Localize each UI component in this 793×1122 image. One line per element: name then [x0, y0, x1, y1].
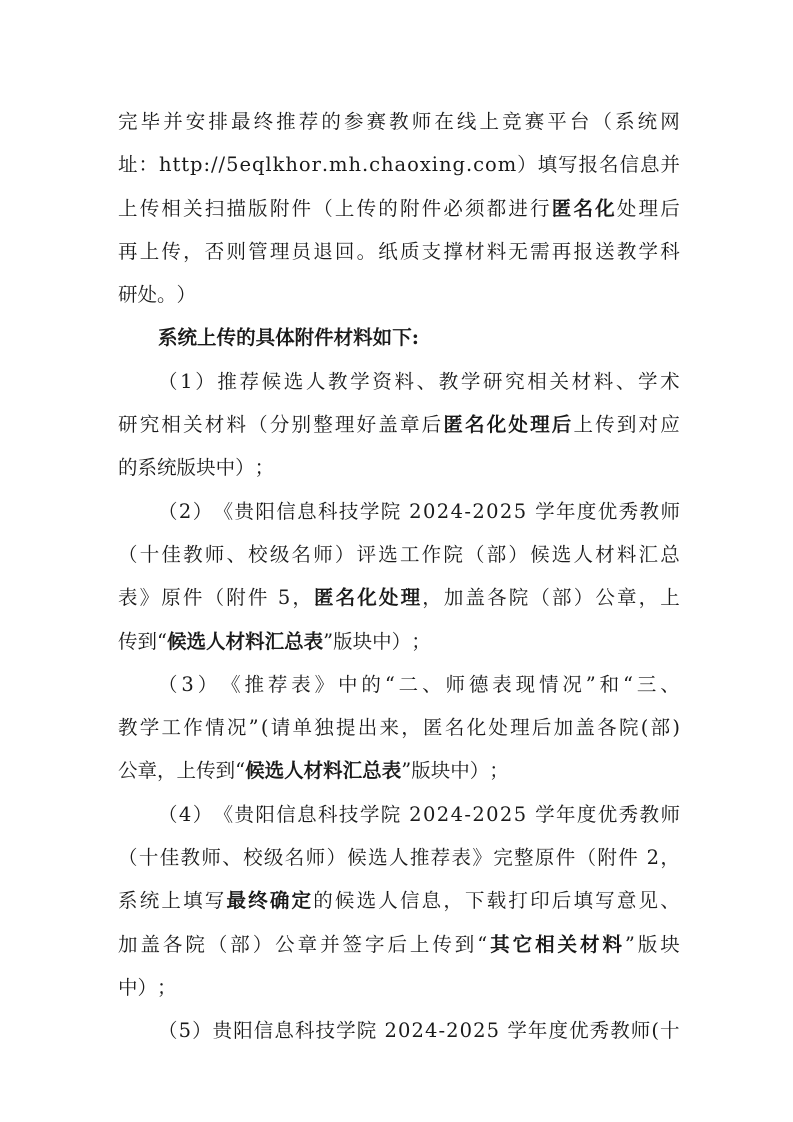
char: ，: [157, 749, 177, 792]
text-line: 公章，上传到“候选人材料汇总表”版块中）；: [118, 749, 680, 792]
bold-char: 汇: [343, 749, 363, 792]
char: 附: [597, 836, 617, 879]
bold-char: 匿: [443, 403, 463, 446]
char: 年: [556, 793, 576, 836]
char: ；: [157, 966, 177, 1009]
char: 选: [378, 533, 398, 576]
bold-char: 候: [245, 749, 265, 792]
char: 《: [214, 793, 234, 836]
char: 后: [552, 879, 572, 922]
char: 传: [140, 187, 160, 230]
document-page: 完毕并安排最终推荐的参赛教师在线上竞赛平台（系统网址：http://5eqlkh…: [118, 100, 680, 1053]
char: 加: [118, 923, 138, 966]
char: 0: [460, 1009, 472, 1052]
bold-char: 处: [379, 576, 399, 619]
char: 材: [465, 230, 485, 273]
char: 再: [118, 230, 138, 273]
bold-char: 名: [573, 187, 593, 230]
bold-char: 系: [158, 316, 178, 359]
char: ）: [177, 273, 197, 316]
char: 德: [469, 663, 489, 706]
char: 退: [313, 230, 333, 273]
char: （: [205, 576, 225, 619]
char: 信: [276, 793, 296, 836]
char: 提: [336, 706, 356, 749]
bold-char: 附: [295, 316, 315, 359]
char: 必: [443, 187, 463, 230]
char: 后: [422, 403, 442, 446]
char: 件: [292, 187, 312, 230]
char: 评: [357, 533, 377, 576]
text-line: （2）《贵阳信息科技学院 2024-2025 学年度优秀教师: [118, 490, 680, 533]
char: 优: [569, 1009, 589, 1052]
char: 版: [177, 446, 197, 489]
char: 学: [638, 360, 658, 403]
char: （: [158, 793, 178, 836]
char: 2: [472, 490, 484, 533]
char: 学: [140, 706, 160, 749]
char: 料: [594, 360, 614, 403]
char: 公: [595, 576, 615, 619]
char: 《: [221, 663, 241, 706]
line-content: （十佳教师、校级名师）评选工作院（部）候选人材料汇总: [118, 533, 680, 576]
char: 到: [617, 403, 637, 446]
char: 师: [306, 836, 326, 879]
char: 师: [412, 100, 432, 143]
char: 的: [361, 663, 381, 706]
char: 信: [400, 879, 420, 922]
bold-char: 具: [256, 316, 276, 359]
line-content: 教学工作情况”(请单独提出来，匿名化处理后加盖各院(部): [118, 706, 680, 749]
text-line: 上传相关扫描版附件（上传的附件必须都进行匿名化处理后: [118, 187, 680, 230]
char: （: [158, 1009, 178, 1052]
char: 学: [535, 793, 555, 836]
char: 章: [298, 923, 318, 966]
char: 化: [467, 706, 487, 749]
char: 中: [216, 446, 236, 489]
char: -: [464, 793, 471, 836]
char: （: [313, 187, 333, 230]
text-line: 的系统版块中）；: [118, 446, 680, 489]
char: 科: [318, 490, 338, 533]
char: 部: [651, 706, 671, 749]
bold-char: 料: [323, 749, 343, 792]
char: o: [299, 143, 311, 186]
char: 统: [638, 100, 658, 143]
bold-char: 如: [373, 316, 393, 359]
char: 到: [138, 620, 158, 663]
char: 2: [472, 793, 484, 836]
char: 技: [316, 1009, 336, 1052]
char: 2: [437, 490, 449, 533]
char: 别: [292, 403, 312, 446]
char: 出: [358, 706, 378, 749]
char: /: [219, 143, 226, 186]
char: 的: [118, 446, 138, 489]
bold-char: 的: [236, 316, 256, 359]
char: 技: [339, 793, 359, 836]
line-content: 系统上传的具体附件材料如下:: [158, 316, 680, 359]
char: 候: [530, 533, 550, 576]
char: 完: [118, 100, 138, 143]
char: 版: [248, 187, 268, 230]
char: [402, 793, 408, 836]
text-line: 系统上传的具体附件材料如下:: [118, 316, 680, 359]
char: 作: [422, 533, 442, 576]
char: 工: [400, 533, 420, 576]
char: 盖: [575, 706, 595, 749]
bold-char: 材: [226, 620, 246, 663]
char: 推: [244, 663, 264, 706]
text-line: （3）《推荐表》中的“二、师德表现情况”和“三、: [118, 663, 680, 706]
char: 选: [284, 360, 304, 403]
char: 度: [577, 490, 597, 533]
bold-char: 统: [178, 316, 198, 359]
char: 信: [254, 1009, 274, 1052]
char: 究: [140, 403, 160, 446]
char: 件: [422, 187, 442, 230]
char: 院: [619, 706, 639, 749]
char: o: [485, 143, 497, 186]
bold-char: 理: [530, 403, 550, 446]
text-line: 址：http://5eqlkhor.mh.chaoxing.com）填写报名信息…: [118, 143, 680, 186]
char: 纸: [378, 230, 398, 273]
char: 2: [412, 1009, 424, 1052]
char: 理: [335, 403, 355, 446]
char: 赛: [367, 100, 387, 143]
char: 件: [248, 576, 268, 619]
char: 候: [335, 879, 355, 922]
char: 签: [343, 923, 363, 966]
text-line: 表》原件（附件 5，匿名化处理，加盖各院（部）公章，上: [118, 576, 680, 619]
char: 5: [487, 1009, 499, 1052]
char: 并: [320, 923, 340, 966]
char: 附: [226, 576, 246, 619]
char: ）: [195, 360, 215, 403]
char: 公: [275, 923, 295, 966]
char: 终: [254, 100, 274, 143]
char: 5: [278, 576, 290, 619]
char: .: [322, 143, 328, 186]
char: ；: [489, 749, 509, 792]
char: 报: [579, 143, 599, 186]
char: 、: [660, 879, 680, 922]
text-line: 加盖各院（部）公章并签字后上传到“其它相关材料”版块: [118, 923, 680, 966]
char: (: [641, 706, 649, 749]
char: 材: [205, 403, 225, 446]
char: 教: [328, 360, 348, 403]
char: 候: [262, 360, 282, 403]
char: 、: [222, 836, 242, 879]
char: 印: [530, 879, 550, 922]
line-content: 再上传，否则管理员退回。纸质支撑材料无需再报送教学科: [118, 230, 680, 273]
char: 贵: [234, 490, 254, 533]
char: （: [248, 403, 268, 446]
char: t: [181, 143, 189, 186]
char: 原: [535, 836, 555, 879]
char: 名: [285, 836, 305, 879]
char: 都: [487, 187, 507, 230]
char: 院: [443, 533, 463, 576]
char: 推: [276, 100, 296, 143]
char: 到: [216, 749, 236, 792]
char: 处: [617, 187, 637, 230]
char: 佳: [160, 836, 180, 879]
char: ）: [326, 836, 346, 879]
char: 人: [573, 533, 593, 576]
char: ）: [335, 533, 355, 576]
char: 现: [516, 663, 536, 706]
char: 息: [640, 143, 660, 186]
char: 到: [455, 923, 475, 966]
char: 贵: [213, 1009, 233, 1052]
char: 学: [507, 1009, 527, 1052]
bold-char: 材: [580, 923, 600, 966]
char: 荐: [431, 836, 451, 879]
char: 信: [619, 143, 639, 186]
char: 盖: [465, 576, 485, 619]
char: 章: [138, 749, 158, 792]
char: ；: [255, 446, 275, 489]
char: 中: [450, 749, 470, 792]
char: 传: [432, 923, 452, 966]
char: 作: [183, 706, 203, 749]
char: 》: [315, 663, 335, 706]
char: 块: [353, 620, 373, 663]
char: 学: [350, 360, 370, 403]
char: 完: [493, 836, 513, 879]
line-content: （2）《贵阳信息科技学院 2024-2025 学年度优秀教师: [158, 490, 680, 533]
char: 关: [183, 187, 203, 230]
char: 传: [196, 749, 216, 792]
char: 来: [380, 706, 400, 749]
char: (: [261, 706, 269, 749]
char: 教: [181, 836, 201, 879]
char: 回: [335, 230, 355, 273]
char: 整: [313, 403, 333, 446]
char: 统: [157, 446, 177, 489]
char: 并: [660, 143, 680, 186]
char: 贵: [234, 793, 254, 836]
char: r: [312, 143, 321, 186]
char: 究: [505, 360, 525, 403]
bold-char: 相: [535, 923, 555, 966]
bold-char: 下: [392, 316, 412, 359]
char: 块: [660, 923, 680, 966]
bold-char: 匿: [552, 187, 572, 230]
char: .: [466, 143, 472, 186]
char: 、: [422, 663, 442, 706]
char: 教: [617, 230, 637, 273]
char: 各: [163, 923, 183, 966]
char: 度: [548, 1009, 568, 1052]
char: ）: [574, 576, 594, 619]
char: m: [498, 143, 517, 186]
char: 工: [162, 706, 182, 749]
char: 2: [385, 1009, 397, 1052]
char: ）: [193, 793, 213, 836]
char: 2: [437, 793, 449, 836]
char: 师: [660, 490, 680, 533]
char: 安: [186, 100, 206, 143]
bold-char: 总: [284, 620, 304, 663]
char: 教: [640, 490, 660, 533]
char: 写: [595, 879, 615, 922]
char: 填: [573, 879, 593, 922]
char: 息: [297, 490, 317, 533]
text-line: 研究相关材料（分别整理好盖章后匿名化处理后上传到对应: [118, 403, 680, 446]
char: 、: [226, 533, 246, 576]
line-content: （4）《贵阳信息科技学院 2024-2025 学年度优秀教师: [158, 793, 680, 836]
text-line: 教学工作情况”(请单独提出来，匿名化处理后加盖各院(部): [118, 706, 680, 749]
char: ，: [183, 230, 203, 273]
char: 支: [422, 230, 442, 273]
char: 阳: [255, 490, 275, 533]
char: 校: [248, 533, 268, 576]
char: 好: [357, 403, 377, 446]
char: h: [381, 143, 394, 186]
char: 上: [573, 403, 593, 446]
text-line: （1）推荐候选人教学资料、教学研究相关材料、学术: [118, 360, 680, 403]
char: 师: [205, 533, 225, 576]
char: 传: [161, 230, 181, 273]
char: ）: [470, 749, 490, 792]
char: 载: [487, 879, 507, 922]
bold-char: :: [412, 316, 419, 359]
char: h: [348, 143, 361, 186]
char: ): [672, 706, 680, 749]
line-content: （1）推荐候选人教学资料、教学研究相关材料、学术: [158, 360, 680, 403]
bold-char: 理: [401, 576, 421, 619]
char: 管: [248, 230, 268, 273]
text-line: 完毕并安排最终推荐的参赛教师在线上竞赛平台（系统网: [118, 100, 680, 143]
char: 0: [423, 793, 435, 836]
bold-char: 料: [245, 620, 265, 663]
char: [528, 793, 534, 836]
char: 行: [530, 187, 550, 230]
char: “: [623, 663, 633, 706]
char: 年: [556, 490, 576, 533]
char: 上: [118, 187, 138, 230]
char: 各: [597, 706, 617, 749]
char: 阳: [233, 1009, 253, 1052]
char: 报: [573, 230, 593, 273]
char: 院: [357, 1009, 377, 1052]
char: 技: [339, 490, 359, 533]
char: 2: [446, 1009, 458, 1052]
char: 再: [552, 230, 572, 273]
char: 师: [445, 663, 465, 706]
char: 、: [616, 360, 636, 403]
bold-char: 料: [353, 316, 373, 359]
char: ）: [392, 620, 412, 663]
char: 0: [486, 793, 498, 836]
bold-char: 人: [284, 749, 304, 792]
char: 师: [313, 533, 333, 576]
char: 级: [270, 533, 290, 576]
char: ”: [249, 706, 259, 749]
char: 版: [638, 923, 658, 966]
bold-char: 汇: [265, 620, 285, 663]
char: 网: [660, 100, 680, 143]
char: 理: [510, 706, 530, 749]
char: 中: [118, 966, 138, 1009]
char: 赛: [525, 100, 545, 143]
char: 盖: [140, 923, 160, 966]
char: 十: [140, 533, 160, 576]
bold-char: 上: [197, 316, 217, 359]
char: o: [407, 143, 419, 186]
char: g: [453, 143, 465, 186]
char: ，: [292, 576, 312, 619]
char: 年: [528, 1009, 548, 1052]
bold-char: 名: [465, 403, 485, 446]
char: 教: [439, 360, 459, 403]
char: i: [432, 143, 438, 186]
bold-char: 匿: [314, 576, 334, 619]
char: 填: [538, 143, 558, 186]
char: 教: [389, 100, 409, 143]
char: 上: [161, 879, 181, 922]
bold-char: 关: [558, 923, 578, 966]
char: 优: [598, 490, 618, 533]
char: 0: [398, 1009, 410, 1052]
char: [528, 490, 534, 533]
char: [269, 576, 275, 619]
char: 4: [179, 793, 191, 836]
char: x: [420, 143, 431, 186]
char: 料: [487, 230, 507, 273]
char: 材: [595, 533, 615, 576]
char: ；: [411, 620, 431, 663]
char: 情: [539, 663, 559, 706]
char: 名: [445, 706, 465, 749]
char: 的: [321, 100, 341, 143]
char: ）: [517, 143, 537, 186]
char: 件: [183, 576, 203, 619]
char: ）: [253, 923, 273, 966]
char: 和: [600, 663, 620, 706]
char: “: [385, 663, 395, 706]
char: 术: [660, 360, 680, 403]
char: [402, 490, 408, 533]
char: 0: [423, 490, 435, 533]
char: 阳: [255, 793, 275, 836]
char: 荐: [268, 663, 288, 706]
char: ，: [422, 576, 442, 619]
text-line: （十佳教师、校级名师）评选工作院（部）候选人材料汇总: [118, 533, 680, 576]
char: 相: [527, 360, 547, 403]
char: 请: [271, 706, 291, 749]
char: 5: [514, 490, 526, 533]
char: 信: [276, 490, 296, 533]
char: a: [395, 143, 407, 186]
char: 理: [270, 230, 290, 273]
char: 候: [347, 836, 367, 879]
char: 名: [292, 533, 312, 576]
char: 员: [292, 230, 312, 273]
char: 料: [617, 533, 637, 576]
bold-char: 候: [167, 620, 187, 663]
char: 料: [226, 403, 246, 446]
char: 质: [400, 230, 420, 273]
char: 荐: [299, 100, 319, 143]
char: ）: [235, 446, 255, 489]
char: （: [577, 836, 597, 879]
char: 4: [425, 1009, 437, 1052]
char: 4: [451, 793, 463, 836]
line-content: 系统上填写最终确定的候选人信息，下载打印后填写意见、: [118, 879, 680, 922]
